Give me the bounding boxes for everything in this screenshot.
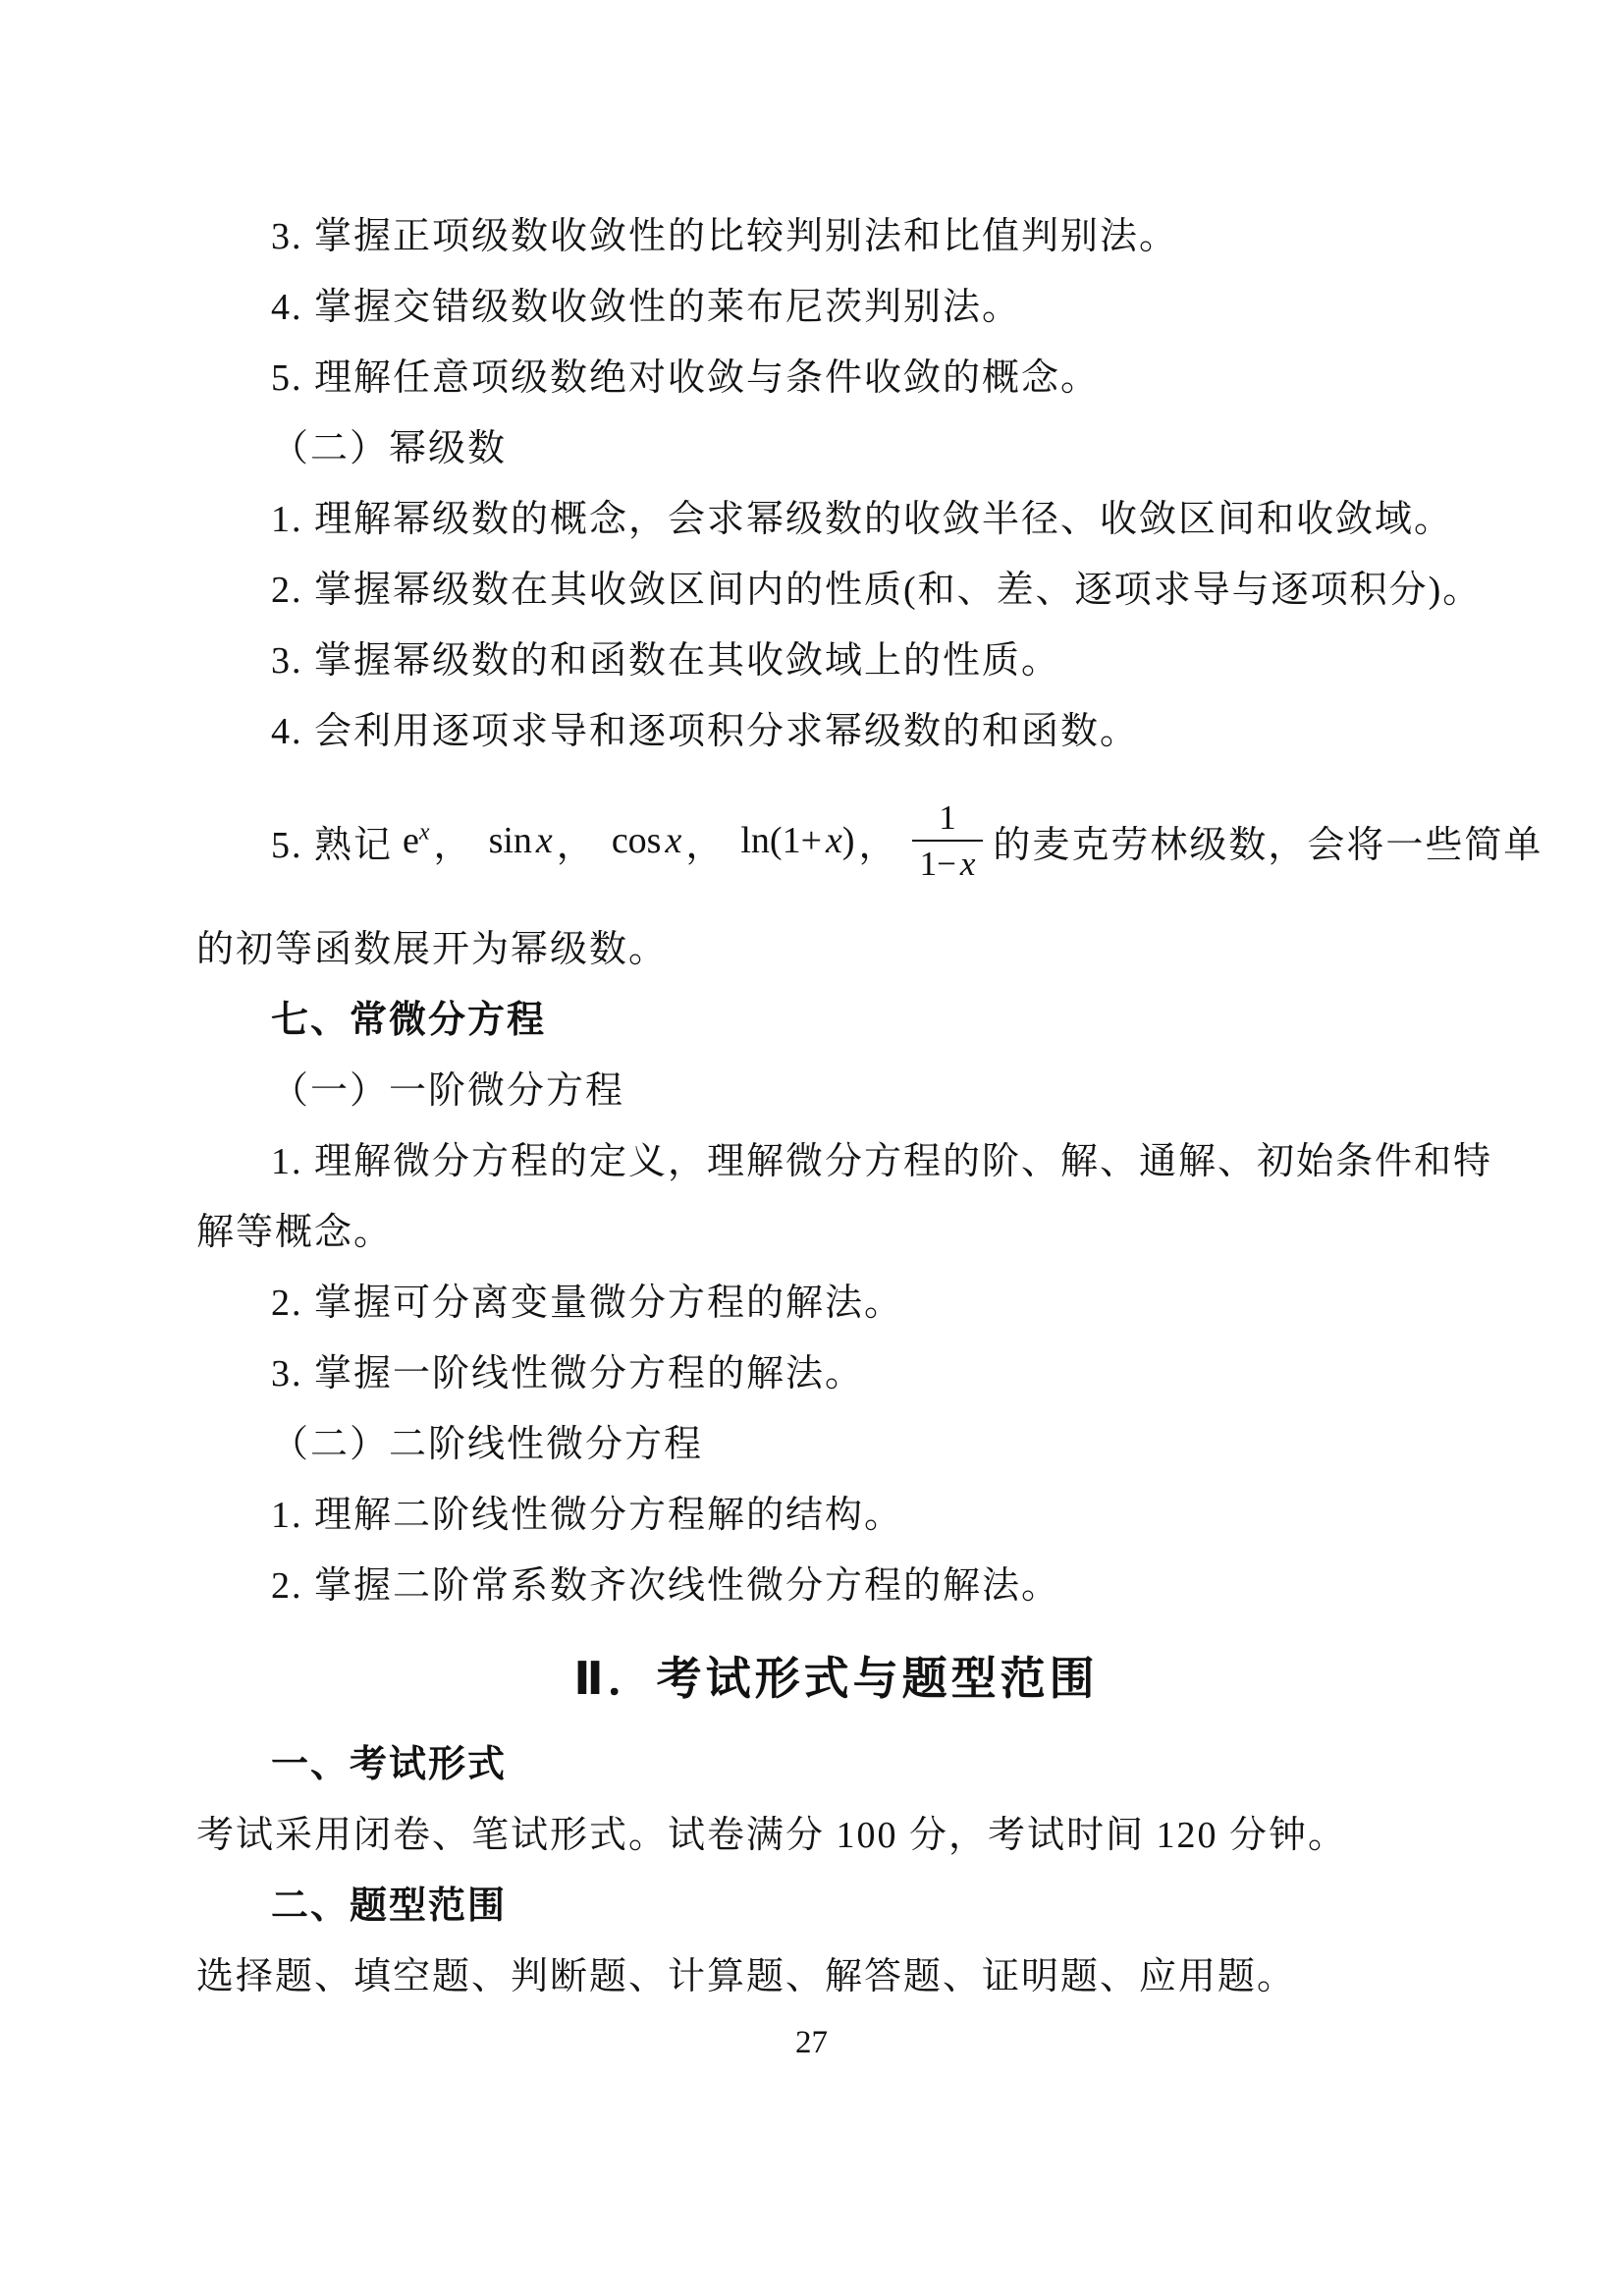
paragraph-continuation-solution-concepts: 解等概念。: [196, 1197, 1476, 1268]
subsection-heading-question-types: 二、题型范围: [196, 1871, 1476, 1941]
math-ln-variable: x: [822, 820, 842, 861]
list-item-separable-ode: 2. 掌握可分离变量微分方程的解法。: [196, 1268, 1476, 1339]
list-item-series-comparison-test: 3. 掌握正项级数收敛性的比较判别法和比值判别法。: [196, 201, 1476, 272]
comma-separator: ，: [557, 814, 596, 868]
fraction-denominator-variable: x: [956, 845, 976, 883]
list-item-termwise-operations: 4. 会利用逐项求导和逐项积分求幂级数的和函数。: [196, 696, 1476, 767]
math-ln-open: ln(1+: [740, 820, 822, 861]
fraction-denominator: 1−x: [912, 840, 984, 883]
list-item-first-order-linear-ode: 3. 掌握一阶线性微分方程的解法。: [196, 1339, 1476, 1409]
math-cos-name: cos: [612, 820, 662, 861]
comma-separator: ，: [434, 814, 473, 868]
math-fraction-one-over-one-minus-x: 11−x: [912, 798, 984, 882]
subsection-heading-exam-format: 一、考试形式: [196, 1729, 1476, 1800]
math-e-base: e: [403, 820, 419, 861]
math-e-power-x: ex: [403, 819, 430, 862]
list-item-sum-function-properties: 3. 掌握幂级数的和函数在其收敛域上的性质。: [196, 626, 1476, 696]
math-ln-function: ln(1+x): [740, 819, 854, 862]
subsection-heading-power-series: （二）幂级数: [196, 413, 1476, 484]
math-cos-variable: x: [661, 820, 681, 861]
section-title-exam-format-and-question-types: Ⅱ．考试形式与题型范围: [196, 1643, 1476, 1714]
list-item-power-series-properties: 2. 掌握幂级数在其收敛区间内的性质(和、差、逐项求导与逐项积分)。: [196, 555, 1476, 626]
formula-prefix: 5. 熟记: [271, 814, 393, 868]
math-sin-function: sinx: [489, 819, 553, 862]
fraction-denominator-text: 1−: [920, 845, 956, 883]
paragraph-exam-format-details: 考试采用闭卷、笔试形式。试卷满分 100 分，考试时间 120 分钟。: [196, 1800, 1476, 1871]
formula-suffix: 的麦克劳林级数，会将一些简单: [993, 814, 1542, 868]
list-item-constant-coefficient-homogeneous: 2. 掌握二阶常系数齐次线性微分方程的解法。: [196, 1551, 1476, 1621]
list-item-solution-structure: 1. 理解二阶线性微分方程解的结构。: [196, 1480, 1476, 1551]
section-heading-ode: 七、常微分方程: [196, 985, 1476, 1056]
page-number: 27: [0, 2025, 1623, 2061]
list-item-alternating-series-test: 4. 掌握交错级数收敛性的莱布尼茨判别法。: [196, 272, 1476, 343]
subsection-heading-second-order-linear-ode: （二）二阶线性微分方程: [196, 1409, 1476, 1480]
list-item-absolute-conditional-convergence: 5. 理解任意项级数绝对收敛与条件收敛的概念。: [196, 343, 1476, 413]
math-sin-name: sin: [489, 820, 532, 861]
paragraph-continuation-expand-power-series: 的初等函数展开为幂级数。: [196, 914, 1476, 985]
document-page: 3. 掌握正项级数收敛性的比较判别法和比值判别法。 4. 掌握交错级数收敛性的莱…: [0, 0, 1623, 2296]
list-item-power-series-concept: 1. 理解幂级数的概念，会求幂级数的收敛半径、收敛区间和收敛域。: [196, 484, 1476, 555]
comma-separator: ，: [685, 814, 725, 868]
paragraph-question-types-list: 选择题、填空题、判断题、计算题、解答题、证明题、应用题。: [196, 1941, 1476, 2012]
math-cos-function: cosx: [612, 819, 682, 862]
math-ln-close: ): [842, 820, 855, 861]
math-sin-variable: x: [532, 820, 553, 861]
subsection-heading-first-order-ode: （一）一阶微分方程: [196, 1056, 1476, 1126]
fraction-numerator: 1: [935, 798, 960, 839]
comma-separator: ，: [859, 814, 898, 868]
list-item-ode-definitions: 1. 理解微分方程的定义，理解微分方程的阶、解、通解、初始条件和特: [196, 1126, 1476, 1197]
list-item-maclaurin-series: 5. 熟记ex，sinx，cosx，ln(1+x)，11−x的麦克劳林级数，会将…: [196, 767, 1476, 914]
math-e-exponent: x: [419, 819, 430, 845]
